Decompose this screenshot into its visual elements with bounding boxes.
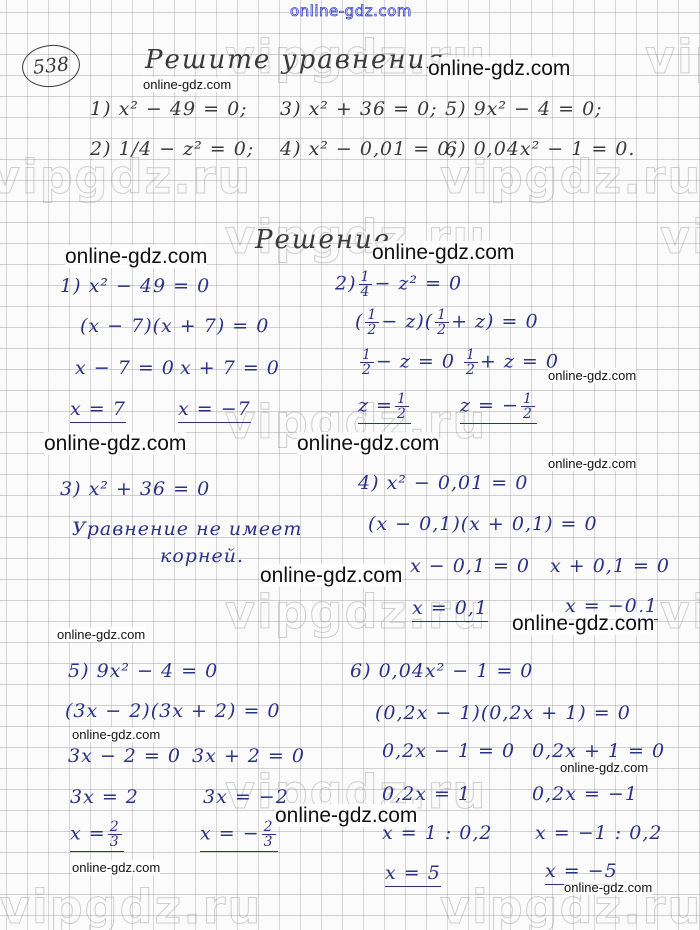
p5-right: 3x + 2 = 0	[192, 745, 305, 767]
p4-answer-left: x = 0,1	[412, 597, 488, 622]
p2-answer-left: z =12	[358, 392, 411, 424]
p1-right: x + 7 = 0	[180, 357, 280, 379]
p6-equation: 6) 0,04x² − 1 = 0	[350, 660, 533, 682]
p1-answer-left: x = 7	[70, 398, 126, 423]
p3-note-line1: Уравнение не имеет	[72, 518, 302, 540]
site-watermark: online-gdz.com	[143, 77, 231, 92]
background-watermark: vipgdz.ru	[645, 30, 700, 84]
site-watermark: online-gdz.com	[512, 612, 654, 635]
site-watermark: online-gdz.com	[297, 432, 439, 455]
site-watermark: online-gdz.com	[72, 727, 160, 742]
p6-mid-left: 0,2x = 1	[382, 783, 471, 805]
site-watermark: online-gdz.com	[548, 456, 636, 471]
p5-mid-left: 3x = 2	[70, 786, 139, 808]
task-item-5: 5) 9x² − 4 = 0;	[445, 98, 603, 120]
p6-div-right: x = −1 : 0,2	[535, 822, 662, 844]
p1-equation: 1) x² − 49 = 0	[60, 275, 210, 297]
site-watermark: online-gdz.com	[44, 432, 186, 455]
p4-left: x − 0,1 = 0	[410, 555, 530, 577]
p4-equation: 4) x² − 0,01 = 0	[358, 472, 528, 494]
p6-answer-left: x = 5	[385, 862, 441, 887]
site-watermark: online-gdz.com	[275, 804, 417, 827]
task-item-4: 4) x² − 0,01 = 0;	[280, 138, 458, 160]
site-watermark: online-gdz.com	[65, 245, 207, 268]
background-watermark: vipgdz.ru	[660, 585, 700, 639]
background-watermark: vipgdz.ru	[660, 210, 700, 264]
task-item-1: 1) x² − 49 = 0;	[90, 98, 248, 120]
p3-note-line2: корней.	[160, 545, 244, 567]
task-item-6: 6) 0,04x² − 1 = 0.	[445, 138, 635, 160]
p1-left: x − 7 = 0	[75, 357, 175, 379]
p5-answer-left: x =23	[70, 820, 124, 852]
task-item-2: 2) 1/4 − z² = 0;	[90, 138, 254, 160]
task-title: Решите уравнения	[145, 45, 446, 75]
site-watermark: online-gdz.com	[260, 564, 402, 587]
site-watermark: online-gdz.com	[564, 880, 652, 895]
p3-equation: 3) x² + 36 = 0	[60, 478, 210, 500]
p6-left: 0,2x − 1 = 0	[382, 740, 515, 762]
p1-answer-right: x = −7	[178, 398, 251, 423]
site-watermark: online-gdz.com	[428, 57, 570, 80]
site-watermark: online-gdz.com	[57, 627, 145, 642]
p4-factor: (x − 0,1)(x + 0,1) = 0	[368, 513, 598, 535]
p2-equation: 2)14− z² = 0	[335, 270, 462, 299]
p6-right: 0,2x + 1 = 0	[532, 740, 665, 762]
p4-right: x + 0,1 = 0	[550, 555, 670, 577]
p2-factor: (12− z)(12+ z) = 0	[355, 308, 539, 337]
solution-title: Решение	[255, 225, 391, 255]
task-number-badge: 538	[20, 42, 82, 90]
background-watermark: vipgdz.ru	[0, 880, 262, 930]
p5-answer-right: x = −23	[200, 820, 278, 852]
site-watermark: online-gdz.com	[548, 368, 636, 383]
p5-factor: (3x − 2)(3x + 2) = 0	[65, 700, 281, 722]
task-number: 538	[32, 53, 70, 79]
p5-equation: 5) 9x² − 4 = 0	[68, 660, 218, 682]
p5-left: 3x − 2 = 0	[68, 745, 181, 767]
p6-mid-right: 0,2x = −1	[532, 783, 638, 805]
p2-answer-right: z = −12	[460, 392, 537, 424]
site-watermark: online-gdz.com	[372, 241, 514, 264]
p2-left: 12− z = 0	[358, 348, 455, 377]
p6-factor: (0,2x − 1)(0,2x + 1) = 0	[375, 702, 631, 724]
p1-factor: (x − 7)(x + 7) = 0	[80, 315, 269, 337]
site-watermark: online-gdz.com	[72, 860, 160, 875]
p2-right: 12+ z = 0	[462, 348, 559, 377]
task-item-3: 3) x² + 36 = 0;	[280, 98, 438, 120]
site-banner: online-gdz.com	[290, 2, 412, 20]
site-watermark: online-gdz.com	[560, 760, 648, 775]
